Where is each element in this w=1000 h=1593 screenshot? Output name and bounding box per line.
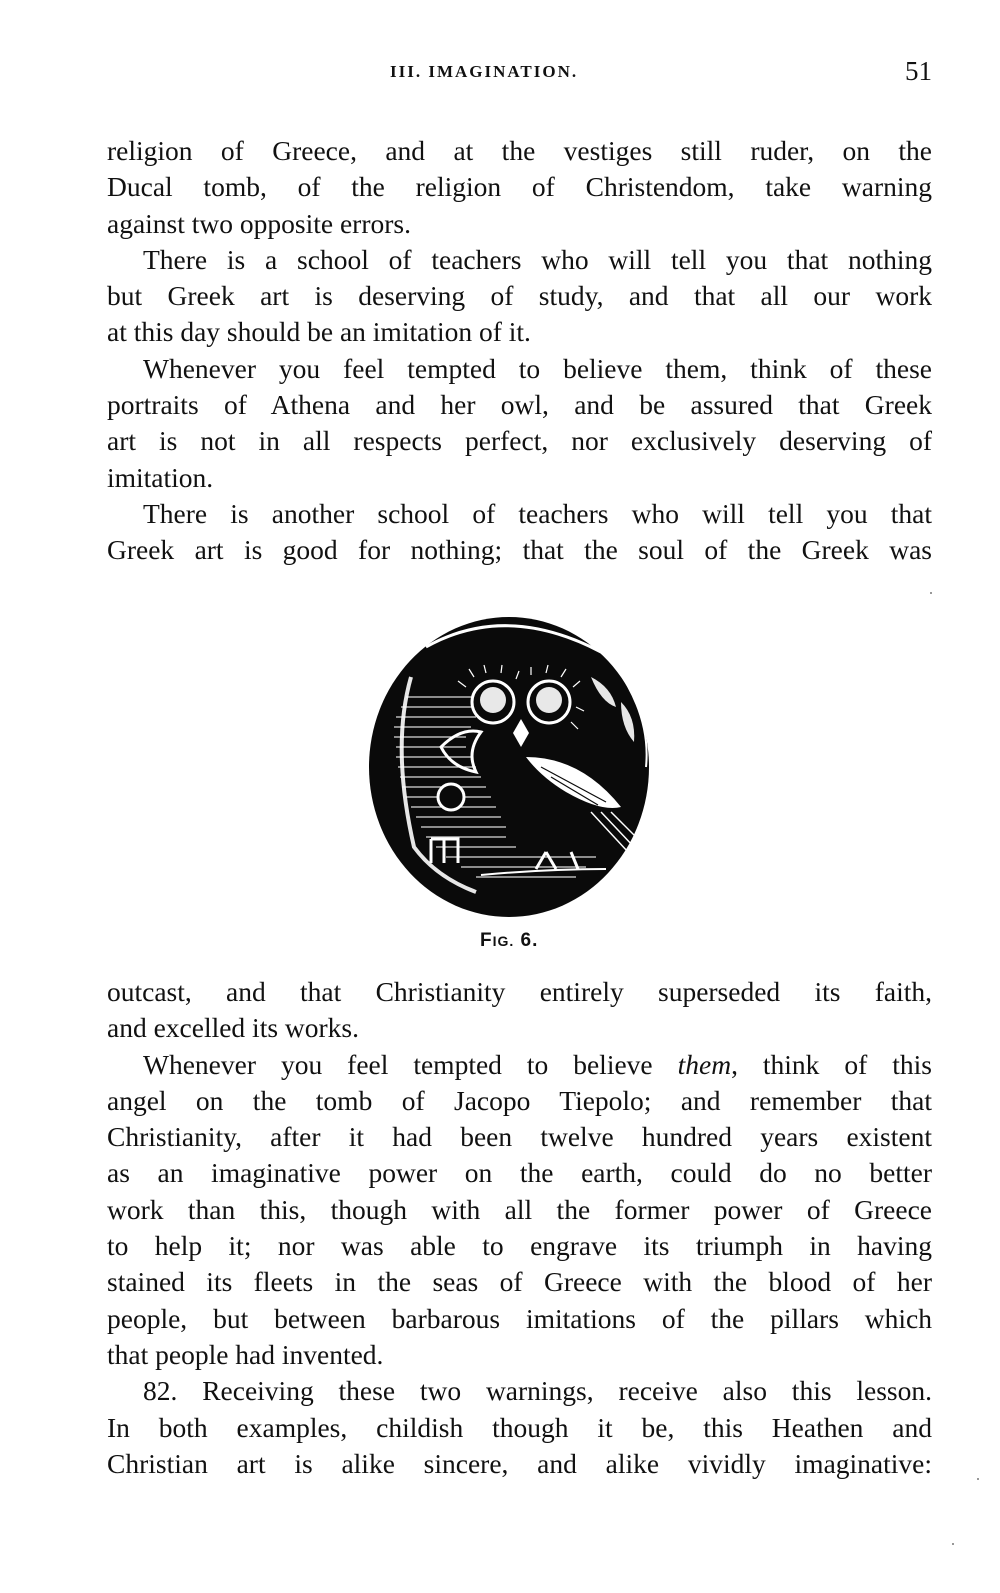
text-line: religion of Greece, and at the vestiges …	[107, 133, 932, 169]
text-line: as an imaginative power on the earth, co…	[107, 1155, 932, 1191]
text-line: imitation.	[107, 460, 932, 496]
paragraph-first-line: Whenever you feel tempted to believe the…	[107, 1047, 932, 1083]
caption-initial: F	[480, 930, 493, 951]
book-page: III. IMAGINATION. 51 religion of Greece,…	[0, 0, 1000, 1593]
paragraph-first-line: There is another school of teachers who …	[107, 496, 932, 532]
paragraph-first-line: Whenever you feel tempted to believe the…	[107, 351, 932, 387]
text-line: and excelled its works.	[107, 1010, 932, 1046]
text-line: outcast, and that Christianity entirely …	[107, 974, 932, 1010]
owl-coin-engraving-icon	[366, 607, 652, 919]
running-head: III. IMAGINATION. 51	[0, 62, 1000, 92]
page-number: 51	[905, 56, 932, 87]
text-line: In both examples, childish though it be,…	[107, 1410, 932, 1446]
figure-owl-coin	[360, 597, 660, 927]
text-line: art is not in all respects perfect, nor …	[107, 423, 932, 459]
text-segment: Whenever you feel tempted to believe	[143, 1049, 678, 1080]
caption-number: 6.	[514, 930, 538, 951]
text-line: Christian art is alike sincere, and alik…	[107, 1446, 932, 1482]
scan-speck	[930, 592, 932, 594]
chapter-running-title: III. IMAGINATION.	[390, 62, 578, 82]
text-segment: , think of this	[731, 1049, 932, 1080]
text-block-after-figure: outcast, and that Christianity entirely …	[107, 974, 932, 1482]
text-line: at this day should be an imitation of it…	[107, 314, 932, 350]
emphasized-word: them	[678, 1049, 731, 1080]
text-line: angel on the tomb of Jacopo Tiepolo; and…	[107, 1083, 932, 1119]
text-block-before-figure: religion of Greece, and at the vestiges …	[107, 133, 932, 569]
paragraph-first-line: There is a school of teachers who will t…	[107, 242, 932, 278]
text-line: to help it; nor was able to engrave its …	[107, 1228, 932, 1264]
figure-caption: FIG. 6.	[480, 930, 538, 952]
text-line: but Greek art is deserving of study, and…	[107, 278, 932, 314]
text-line: people, but between barbarous imitations…	[107, 1301, 932, 1337]
text-line: Christianity, after it had been twelve h…	[107, 1119, 932, 1155]
text-line: Greek art is good for nothing; that the …	[107, 532, 932, 568]
text-line: that people had invented.	[107, 1337, 932, 1373]
text-line: work than this, though with all the form…	[107, 1192, 932, 1228]
scan-speck	[952, 1543, 954, 1545]
paragraph-first-line: 82. Receiving these two warnings, receiv…	[107, 1373, 932, 1409]
text-line: Ducal tomb, of the religion of Christend…	[107, 169, 932, 205]
scan-speck	[977, 1478, 979, 1480]
text-line: against two opposite errors.	[107, 206, 932, 242]
caption-smallcaps: IG.	[493, 933, 515, 949]
text-line: portraits of Athena and her owl, and be …	[107, 387, 932, 423]
text-line: stained its fleets in the seas of Greece…	[107, 1264, 932, 1300]
